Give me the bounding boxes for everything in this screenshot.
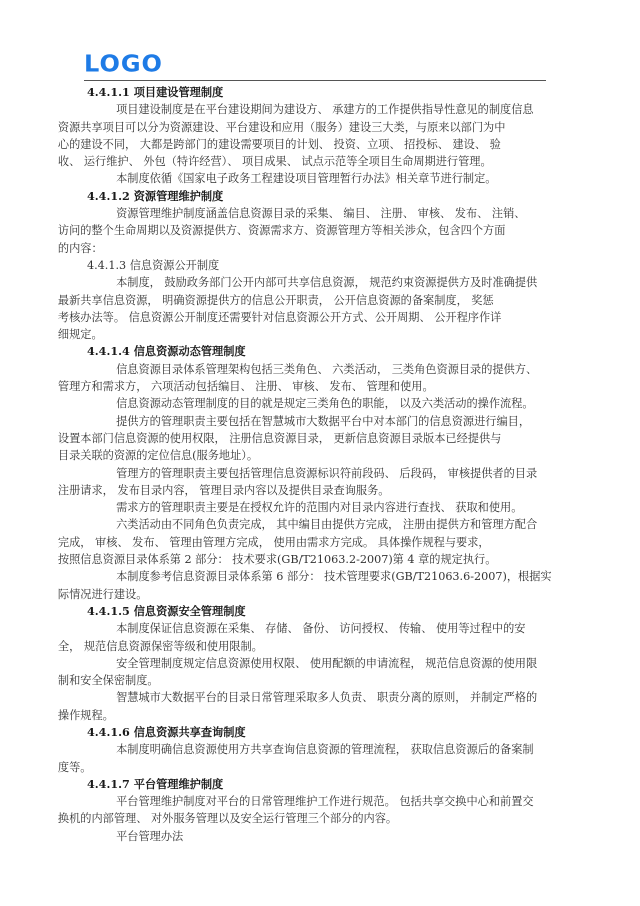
text-line: 制和安全保密制度。 — [58, 672, 547, 689]
text-line: 信息资源目录体系管理架构包括三类角色、 六类活动， 三类角色资源目录的提供方、 — [87, 361, 547, 378]
section-heading: 4.4.1.1 项目建设管理制度 — [87, 84, 547, 101]
paragraph: 管理方的管理职责主要包括管理信息资源标识符前段码、 后段码， 审核提供者的目录注… — [87, 465, 547, 500]
paragraph: 本制度明确信息资源使用方共享查询信息资源的管理流程， 获取信息资源后的备案制度等… — [87, 741, 547, 776]
document-page: LOGO 4.4.1.1 项目建设管理制度项目建设制度是在平台建设期间为建设方、… — [0, 0, 640, 906]
text-line: 本制度依循《国家电子政务工程建设项目管理暂行办法》相关章节进行制定。 — [87, 170, 547, 187]
text-line: 平台管理维护制度对平台的日常管理维护工作进行规范。 包括共享交换中心和前置交 — [87, 793, 547, 810]
text-line: 安全管理制度规定信息资源使用权限、 使用配额的申请流程， 规范信息资源的使用限 — [87, 655, 547, 672]
text-line: 管理方的管理职责主要包括管理信息资源标识符前段码、 后段码， 审核提供者的目录 — [87, 465, 547, 482]
paragraph: 智慧城市大数据平台的目录日常管理采取多人负责、 职责分离的原则， 并制定严格的操… — [87, 689, 547, 724]
paragraph: 信息资源动态管理制度的目的就是规定三类角色的职能， 以及六类活动的操作流程。 — [87, 395, 547, 412]
logo: LOGO — [84, 53, 163, 76]
text-line: 操作规程。 — [58, 707, 547, 724]
paragraph: 本制度依循《国家电子政务工程建设项目管理暂行办法》相关章节进行制定。 — [87, 170, 547, 187]
header-divider — [84, 80, 546, 81]
text-line: 本制度参考信息资源目录体系第 6 部分： 技术管理要求(GB/T21063.6-… — [87, 568, 547, 585]
section-heading: 4.4.1.2 资源管理维护制度 — [87, 188, 547, 205]
paragraph: 资源管理维护制度涵盖信息资源目录的采集、 编目、 注册、 审核、 发布、 注销、… — [87, 205, 547, 257]
text-line: 完成， 审核、 发布、 管理由管理方完成， 使用由需求方完成。 具体操作规程与要… — [58, 534, 547, 551]
text-line: 提供方的管理职责主要包括在智慧城市大数据平台中对本部门的信息资源进行编目， — [87, 413, 547, 430]
paragraph: 项目建设制度是在平台建设期间为建设方、 承建方的工作提供指导性意见的制度信息资源… — [87, 101, 547, 170]
paragraph: 平台管理办法 — [87, 828, 547, 845]
section-heading: 4.4.1.5 信息资源安全管理制度 — [87, 603, 547, 620]
section-heading: 4.4.1.7 平台管理维护制度 — [87, 776, 547, 793]
section-heading: 4.4.1.6 信息资源共享查询制度 — [87, 724, 547, 741]
text-line: 全， 规范信息资源保密等级和使用限制。 — [58, 638, 547, 655]
text-line: 信息资源动态管理制度的目的就是规定三类角色的职能， 以及六类活动的操作流程。 — [87, 395, 547, 412]
text-line: 设置本部门信息资源的使用权限， 注册信息资源目录， 更新信息资源目录版本已经提供… — [58, 430, 547, 447]
paragraph: 安全管理制度规定信息资源使用权限、 使用配额的申请流程， 规范信息资源的使用限制… — [87, 655, 547, 690]
text-line: 的内容： — [58, 240, 547, 257]
paragraph: 提供方的管理职责主要包括在智慧城市大数据平台中对本部门的信息资源进行编目，设置本… — [87, 413, 547, 465]
text-line: 项目建设制度是在平台建设期间为建设方、 承建方的工作提供指导性意见的制度信息 — [87, 101, 547, 118]
text-line: 考核办法等。 信息资源公开制度还需要针对信息资源公开方式、公开周期、 公开程序作… — [58, 309, 547, 326]
text-line: 智慧城市大数据平台的目录日常管理采取多人负责、 职责分离的原则， 并制定严格的 — [87, 689, 547, 706]
text-line: 平台管理办法 — [87, 828, 547, 845]
text-line: 度等。 — [58, 759, 547, 776]
text-line: 收、 运行维护、 外包（特许经营）、 项目成果、 试点示范等全项目生命周期进行管… — [58, 153, 547, 170]
document-body: 4.4.1.1 项目建设管理制度项目建设制度是在平台建设期间为建设方、 承建方的… — [87, 84, 547, 845]
paragraph: 平台管理维护制度对平台的日常管理维护工作进行规范。 包括共享交换中心和前置交换机… — [87, 793, 547, 828]
text-line: 际情况进行建设。 — [58, 586, 547, 603]
text-line: 管理方和需求方， 六项活动包括编目、 注册、 审核、 发布、 管理和使用。 — [58, 378, 547, 395]
text-line: 心的建设不同， 大都是跨部门的建设需要项目的计划、 投资、立项、 招投标、 建设… — [58, 136, 547, 153]
paragraph: 本制度， 鼓励政务部门公开内部可共享信息资源， 规范约束资源提供方及时准确提供最… — [87, 274, 547, 343]
text-line: 注册请求， 发布目录内容， 管理目录内容以及提供目录查询服务。 — [58, 482, 547, 499]
text-line: 最新共享信息资源， 明确资源提供方的信息公开职责， 公开信息资源的备案制度， 奖… — [58, 292, 547, 309]
text-line: 资源共享项目可以分为资源建设、平台建设和应用（服务）建设三大类，与原来以部门为中 — [58, 119, 547, 136]
section-heading: 4.4.1.4 信息资源动态管理制度 — [87, 343, 547, 360]
text-line: 本制度保证信息资源在采集、 存储、 备份、 访问授权、 传输、 使用等过程中的安 — [87, 620, 547, 637]
paragraph: 信息资源目录体系管理架构包括三类角色、 六类活动， 三类角色资源目录的提供方、管… — [87, 361, 547, 396]
paragraph: 本制度参考信息资源目录体系第 6 部分： 技术管理要求(GB/T21063.6-… — [87, 568, 547, 603]
section-heading: 4.4.1.3 信息资源公开制度 — [87, 257, 547, 274]
text-line: 目录关联的资源的定位信息(服务地址）。 — [58, 447, 547, 464]
text-line: 六类活动由不同角色负责完成， 其中编目由提供方完成， 注册由提供方和管理方配合 — [87, 516, 547, 533]
paragraph: 本制度保证信息资源在采集、 存储、 备份、 访问授权、 传输、 使用等过程中的安… — [87, 620, 547, 655]
paragraph: 需求方的管理职责主要是在授权允许的范围内对目录内容进行查找、 获取和使用。 — [87, 499, 547, 516]
text-line: 本制度， 鼓励政务部门公开内部可共享信息资源， 规范约束资源提供方及时准确提供 — [87, 274, 547, 291]
text-line: 细规定。 — [58, 326, 547, 343]
text-line: 本制度明确信息资源使用方共享查询信息资源的管理流程， 获取信息资源后的备案制 — [87, 741, 547, 758]
text-line: 访问的整个生命周期以及资源提供方、资源需求方、资源管理方等相关涉众，包含四个方面 — [58, 222, 547, 239]
text-line: 资源管理维护制度涵盖信息资源目录的采集、 编目、 注册、 审核、 发布、 注销、 — [87, 205, 547, 222]
text-line: 按照信息资源目录体系第 2 部分： 技术要求(GB/T21063.2-2007)… — [58, 551, 547, 568]
text-line: 换机的内部管理、 对外服务管理以及安全运行管理三个部分的内容。 — [58, 810, 547, 827]
text-line: 需求方的管理职责主要是在授权允许的范围内对目录内容进行查找、 获取和使用。 — [87, 499, 547, 516]
paragraph: 六类活动由不同角色负责完成， 其中编目由提供方完成， 注册由提供方和管理方配合完… — [87, 516, 547, 568]
